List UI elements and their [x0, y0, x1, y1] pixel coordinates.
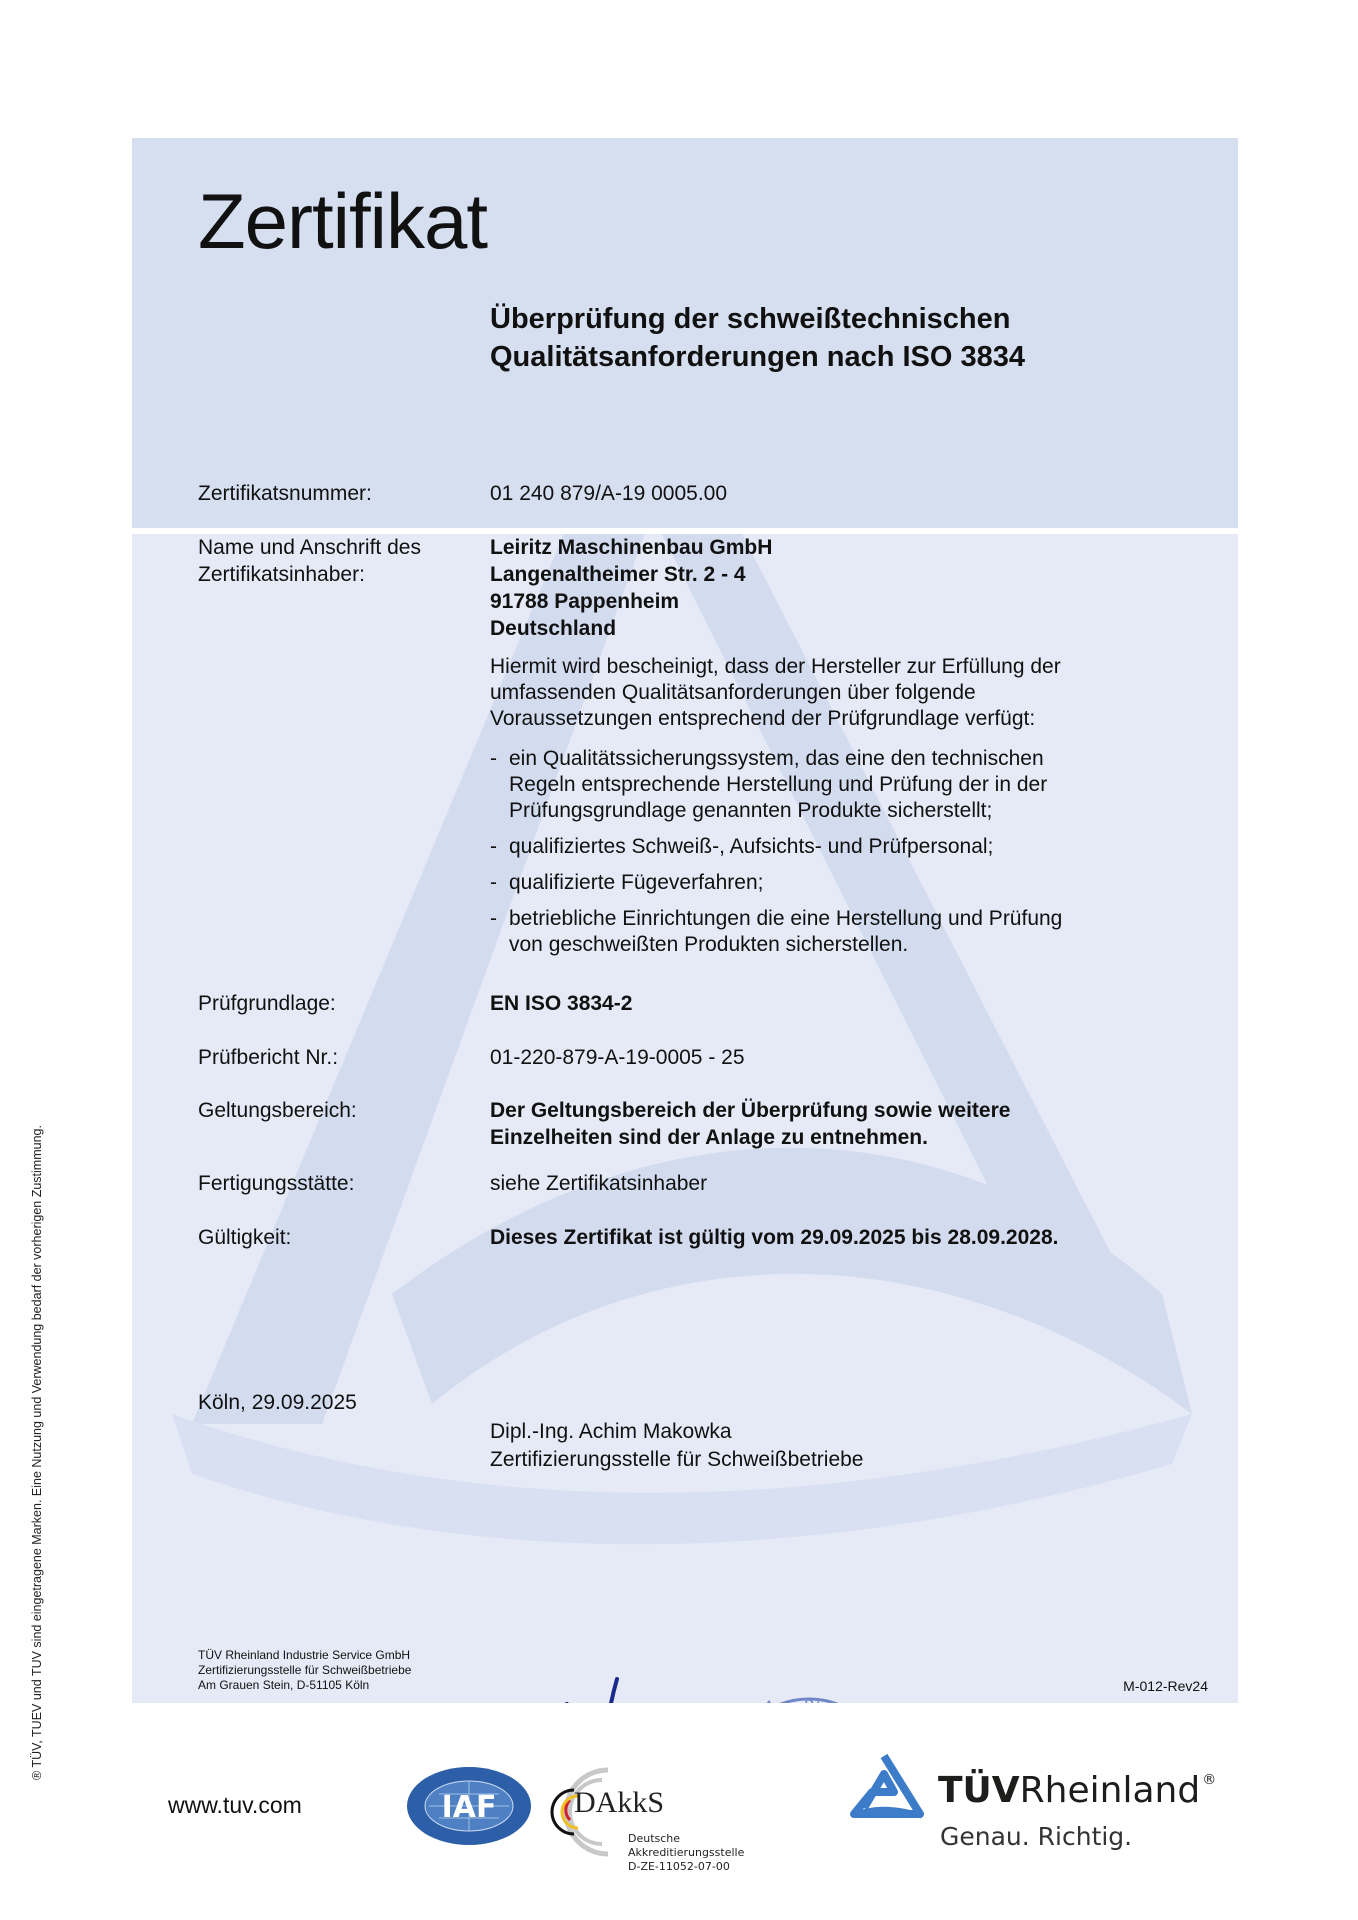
- report-label: Prüfbericht Nr.:: [198, 1044, 338, 1071]
- certificate-sheet: Zertifikat Überprüfung der schweißtechni…: [132, 138, 1238, 1703]
- report-value: 01-220-879-A-19-0005 - 25: [490, 1044, 745, 1071]
- place-and-date: Köln, 29.09.2025: [198, 1391, 357, 1415]
- list-item: - ein Qualitätssicherungssystem, das ein…: [490, 746, 1210, 824]
- form-code: M-012-Rev24: [1123, 1678, 1208, 1694]
- certificate-number-label: Zertifikatsnummer:: [198, 480, 372, 507]
- website-link[interactable]: www.tuv.com: [168, 1792, 302, 1819]
- page-title: Zertifikat: [198, 176, 487, 267]
- body-band: Name und Anschrift des Zertifikatsinhabe…: [132, 534, 1238, 1703]
- dakks-name: DAkkS: [574, 1786, 664, 1820]
- signature-icon: [512, 1674, 782, 1703]
- certificate-number-value: 01 240 879/A-19 0005.00: [490, 480, 727, 507]
- list-item: - betriebliche Einrichtungen die eine He…: [490, 906, 1210, 958]
- iaf-logo-icon: IAF: [404, 1764, 534, 1848]
- holder-address: Leiritz Maschinenbau GmbH Langenaltheime…: [490, 534, 772, 642]
- holder-label: Name und Anschrift des Zertifikatsinhabe…: [198, 534, 421, 588]
- dakks-details: Deutsche Akkreditierungsstelle D-ZE-1105…: [628, 1832, 744, 1874]
- certificate-subject: Überprüfung der schweißtechnischen Quali…: [490, 300, 1025, 376]
- statement-intro: Hiermit wird bescheinigt, dass der Herst…: [490, 654, 1210, 732]
- svg-text:IAF: IAF: [442, 1790, 497, 1825]
- tuv-slogan: Genau. Richtig.: [940, 1822, 1132, 1851]
- svg-text:Rheinland: Rheinland: [800, 1696, 888, 1703]
- basis-value: EN ISO 3834-2: [490, 990, 632, 1017]
- header-band: Zertifikat Überprüfung der schweißtechni…: [132, 138, 1238, 528]
- list-item: - qualifiziertes Schweiß-, Aufsichts- un…: [490, 834, 1210, 860]
- requirements-list: - ein Qualitätssicherungssystem, das ein…: [490, 746, 1210, 968]
- tuv-triangle-logo-icon: [846, 1752, 926, 1822]
- validity-label: Gültigkeit:: [198, 1224, 291, 1251]
- validity-value: Dieses Zertifikat ist gültig vom 29.09.2…: [490, 1224, 1058, 1251]
- tuv-brand-name: TÜVRheinland®: [938, 1770, 1216, 1811]
- scope-label: Geltungsbereich:: [198, 1097, 357, 1124]
- issuer-address: TÜV Rheinland Industrie Service GmbH Zer…: [198, 1648, 411, 1693]
- trademark-note: ® TÜV, TUEV und TUV sind eingetragene Ma…: [30, 1125, 44, 1780]
- signer-role: Zertifizierungsstelle für Schweißbetrieb…: [490, 1448, 864, 1471]
- signer-name: Dipl.-Ing. Achim Makowka: [490, 1420, 732, 1443]
- site-value: siehe Zertifikatsinhaber: [490, 1170, 707, 1197]
- signer-block: Dipl.-Ing. Achim Makowka Zertifizierungs…: [490, 1418, 864, 1474]
- basis-label: Prüfgrundlage:: [198, 990, 336, 1017]
- list-item: - qualifizierte Fügeverfahren;: [490, 870, 1210, 896]
- site-label: Fertigungsstätte:: [198, 1170, 354, 1197]
- scope-value: Der Geltungsbereich der Überprüfung sowi…: [490, 1097, 1010, 1151]
